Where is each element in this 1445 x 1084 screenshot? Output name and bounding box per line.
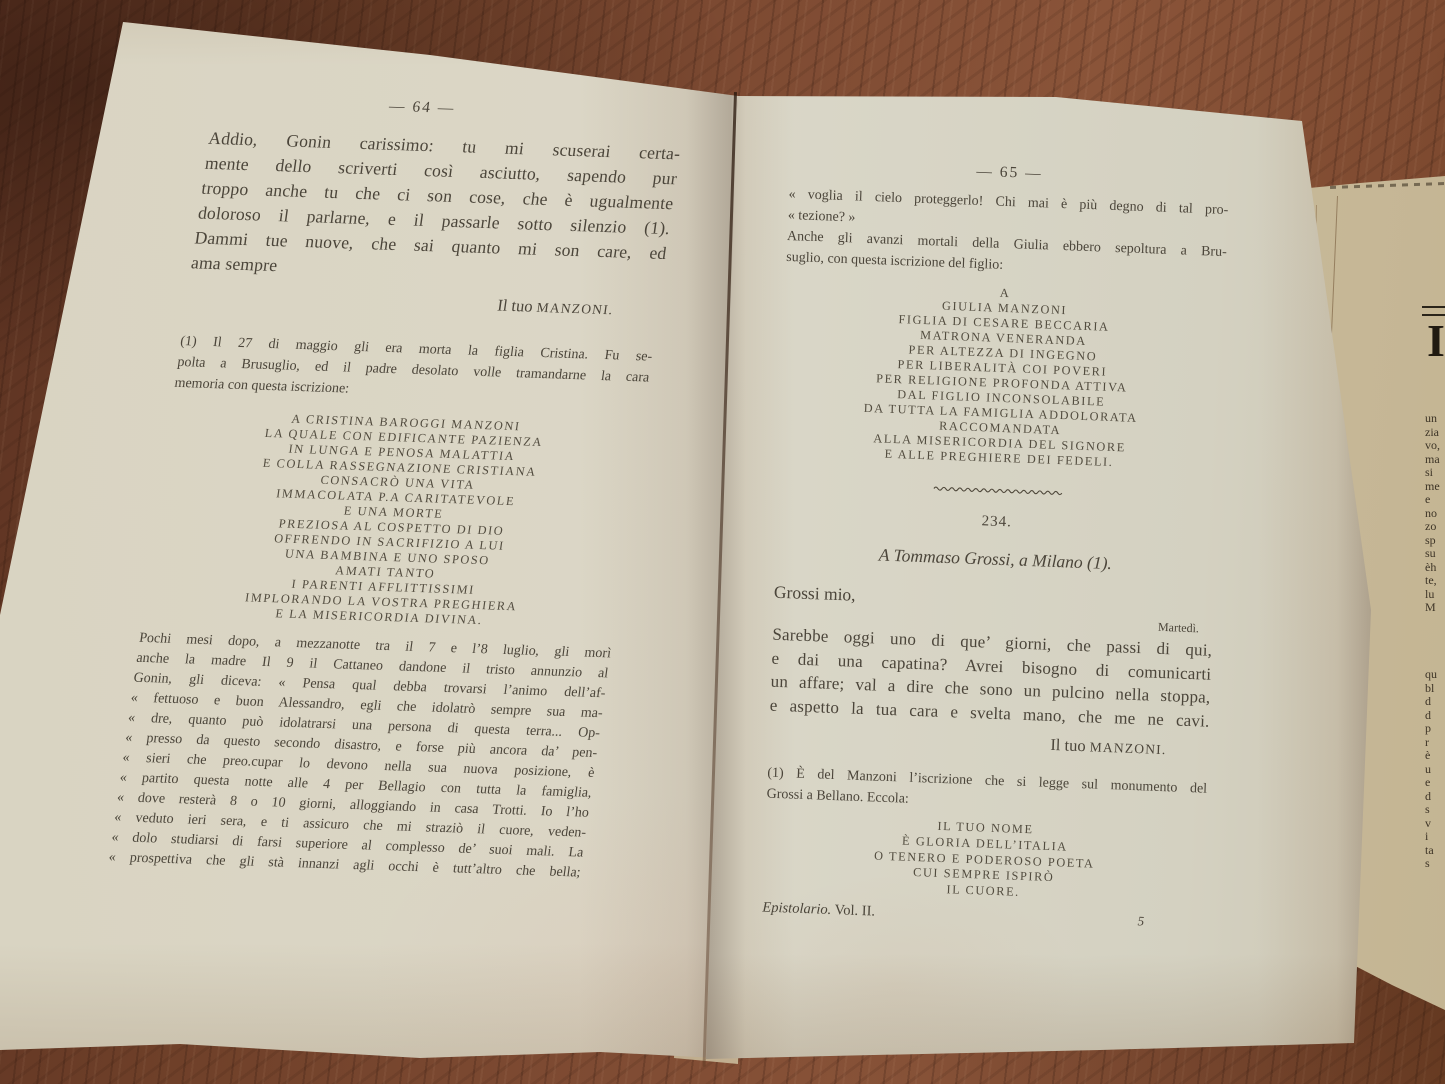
memorial-inscription-giulia: AGIULIA MANZONIFIGLIA DI CESARE BECCARIA… <box>779 278 1225 474</box>
signature-line: Il tuo Manzoni. <box>768 725 1166 760</box>
newsprint-clipped-text: qu <box>1425 668 1445 682</box>
newsprint-clipped-text: v <box>1425 817 1445 831</box>
letter-heading: A Tommaso Grossi, a Milano (1). <box>775 541 1215 578</box>
photo-open-book-on-table: e al II unziavo,masimeenozospsuèhte,luM … <box>0 0 1445 1084</box>
signature-prefix: Il tuo <box>496 296 538 316</box>
signature-name: Manzoni. <box>1089 739 1166 757</box>
newsprint-clipped-text: s <box>1425 803 1445 817</box>
newsprint-clipped-text: d <box>1425 695 1445 709</box>
letter-body-paragraph: Addio, Gonin carissimo: tu mi scuserai c… <box>190 126 682 291</box>
newsprint-clipped-text: me <box>1425 480 1445 494</box>
left-page-text: — 64 — Addio, Gonin carissimo: tu mi scu… <box>107 92 686 884</box>
newsprint-clipped-text: vo, <box>1425 439 1445 453</box>
newsprint-clipped-text: si <box>1425 466 1445 480</box>
newsprint-clipped-text: no <box>1425 507 1445 521</box>
signature-line: Il tuo Manzoni. <box>185 285 615 319</box>
signature-prefix: Il tuo <box>1050 735 1090 755</box>
newsprint-clipped-text: r <box>1425 736 1445 750</box>
newsprint-clipped-text: ma <box>1425 453 1445 467</box>
page-number: — 64 — <box>213 92 632 124</box>
newsprint-clipped-text: un <box>1425 412 1445 426</box>
footnote-paragraph: Pochi mesi dopo, a mezzanotte tra il 7 e… <box>107 629 612 884</box>
newsprint-clipped-text: M <box>1425 601 1445 615</box>
newsprint-clipped-text: d <box>1425 709 1445 723</box>
colophon-volume: Vol. II. <box>831 902 875 920</box>
wavy-divider-icon <box>933 484 1063 497</box>
newsprint-clipped-text: te, <box>1425 574 1445 588</box>
letter-body-paragraph: Sarebbe oggi uno di que’ giorni, che pas… <box>769 623 1212 733</box>
newsprint-clipped-text: e <box>1425 493 1445 507</box>
newsprint-clipped-text: d <box>1425 790 1445 804</box>
memorial-inscription-cristina: A CRISTINA BAROGGI MANZONILA QUALE CON E… <box>142 408 643 633</box>
page-number: — 65 — <box>789 156 1229 190</box>
signature-name: Manzoni. <box>536 300 615 317</box>
newspaper-headline-fragment: II <box>1427 318 1445 364</box>
signature-mark: 5 <box>1137 913 1144 929</box>
newsprint-clipped-text: i <box>1425 830 1445 844</box>
newsprint-clipped-text: zo <box>1425 520 1445 534</box>
newsprint-clipped-text: zia <box>1425 426 1445 440</box>
wavy-divider <box>778 474 1218 508</box>
newsprint-text-column: unziavo,masimeenozospsuèhte,luM <box>1425 412 1445 615</box>
letter-section-number: 234. <box>777 506 1217 539</box>
monument-inscription-grossi: IL TUO NOMEÈ GLORIA DELL’ITALIAO TENERO … <box>763 813 1206 908</box>
footnote-paragraph: (1) Il 27 di maggio gli era morta la fig… <box>173 331 653 409</box>
newsprint-clipped-text: s <box>1425 857 1445 871</box>
newsprint-clipped-text: lu <box>1425 588 1445 602</box>
newsprint-clipped-text: p <box>1425 722 1445 736</box>
colophon-label: Epistolario. Vol. II. <box>762 899 875 920</box>
right-page-text: — 65 — « voglia il cielo proteggerlo! Ch… <box>762 156 1230 933</box>
newsprint-clipped-text: bl <box>1425 682 1445 696</box>
newsprint-clipped-text: u <box>1425 763 1445 777</box>
newsprint-clipped-text: su <box>1425 547 1445 561</box>
newsprint-clipped-text: sp <box>1425 534 1445 548</box>
footnote-paragraph: (1) È del Manzoni l’iscrizione che si le… <box>766 763 1207 821</box>
newsprint-text-column: qublddprèuedsvitas <box>1425 668 1445 871</box>
newsprint-clipped-text: e <box>1425 776 1445 790</box>
newsprint-clipped-text: ta <box>1425 844 1445 858</box>
colophon-title: Epistolario. <box>762 899 831 918</box>
newsprint-clipped-text: èh <box>1425 561 1445 575</box>
newsprint-clipped-text: è <box>1425 749 1445 763</box>
